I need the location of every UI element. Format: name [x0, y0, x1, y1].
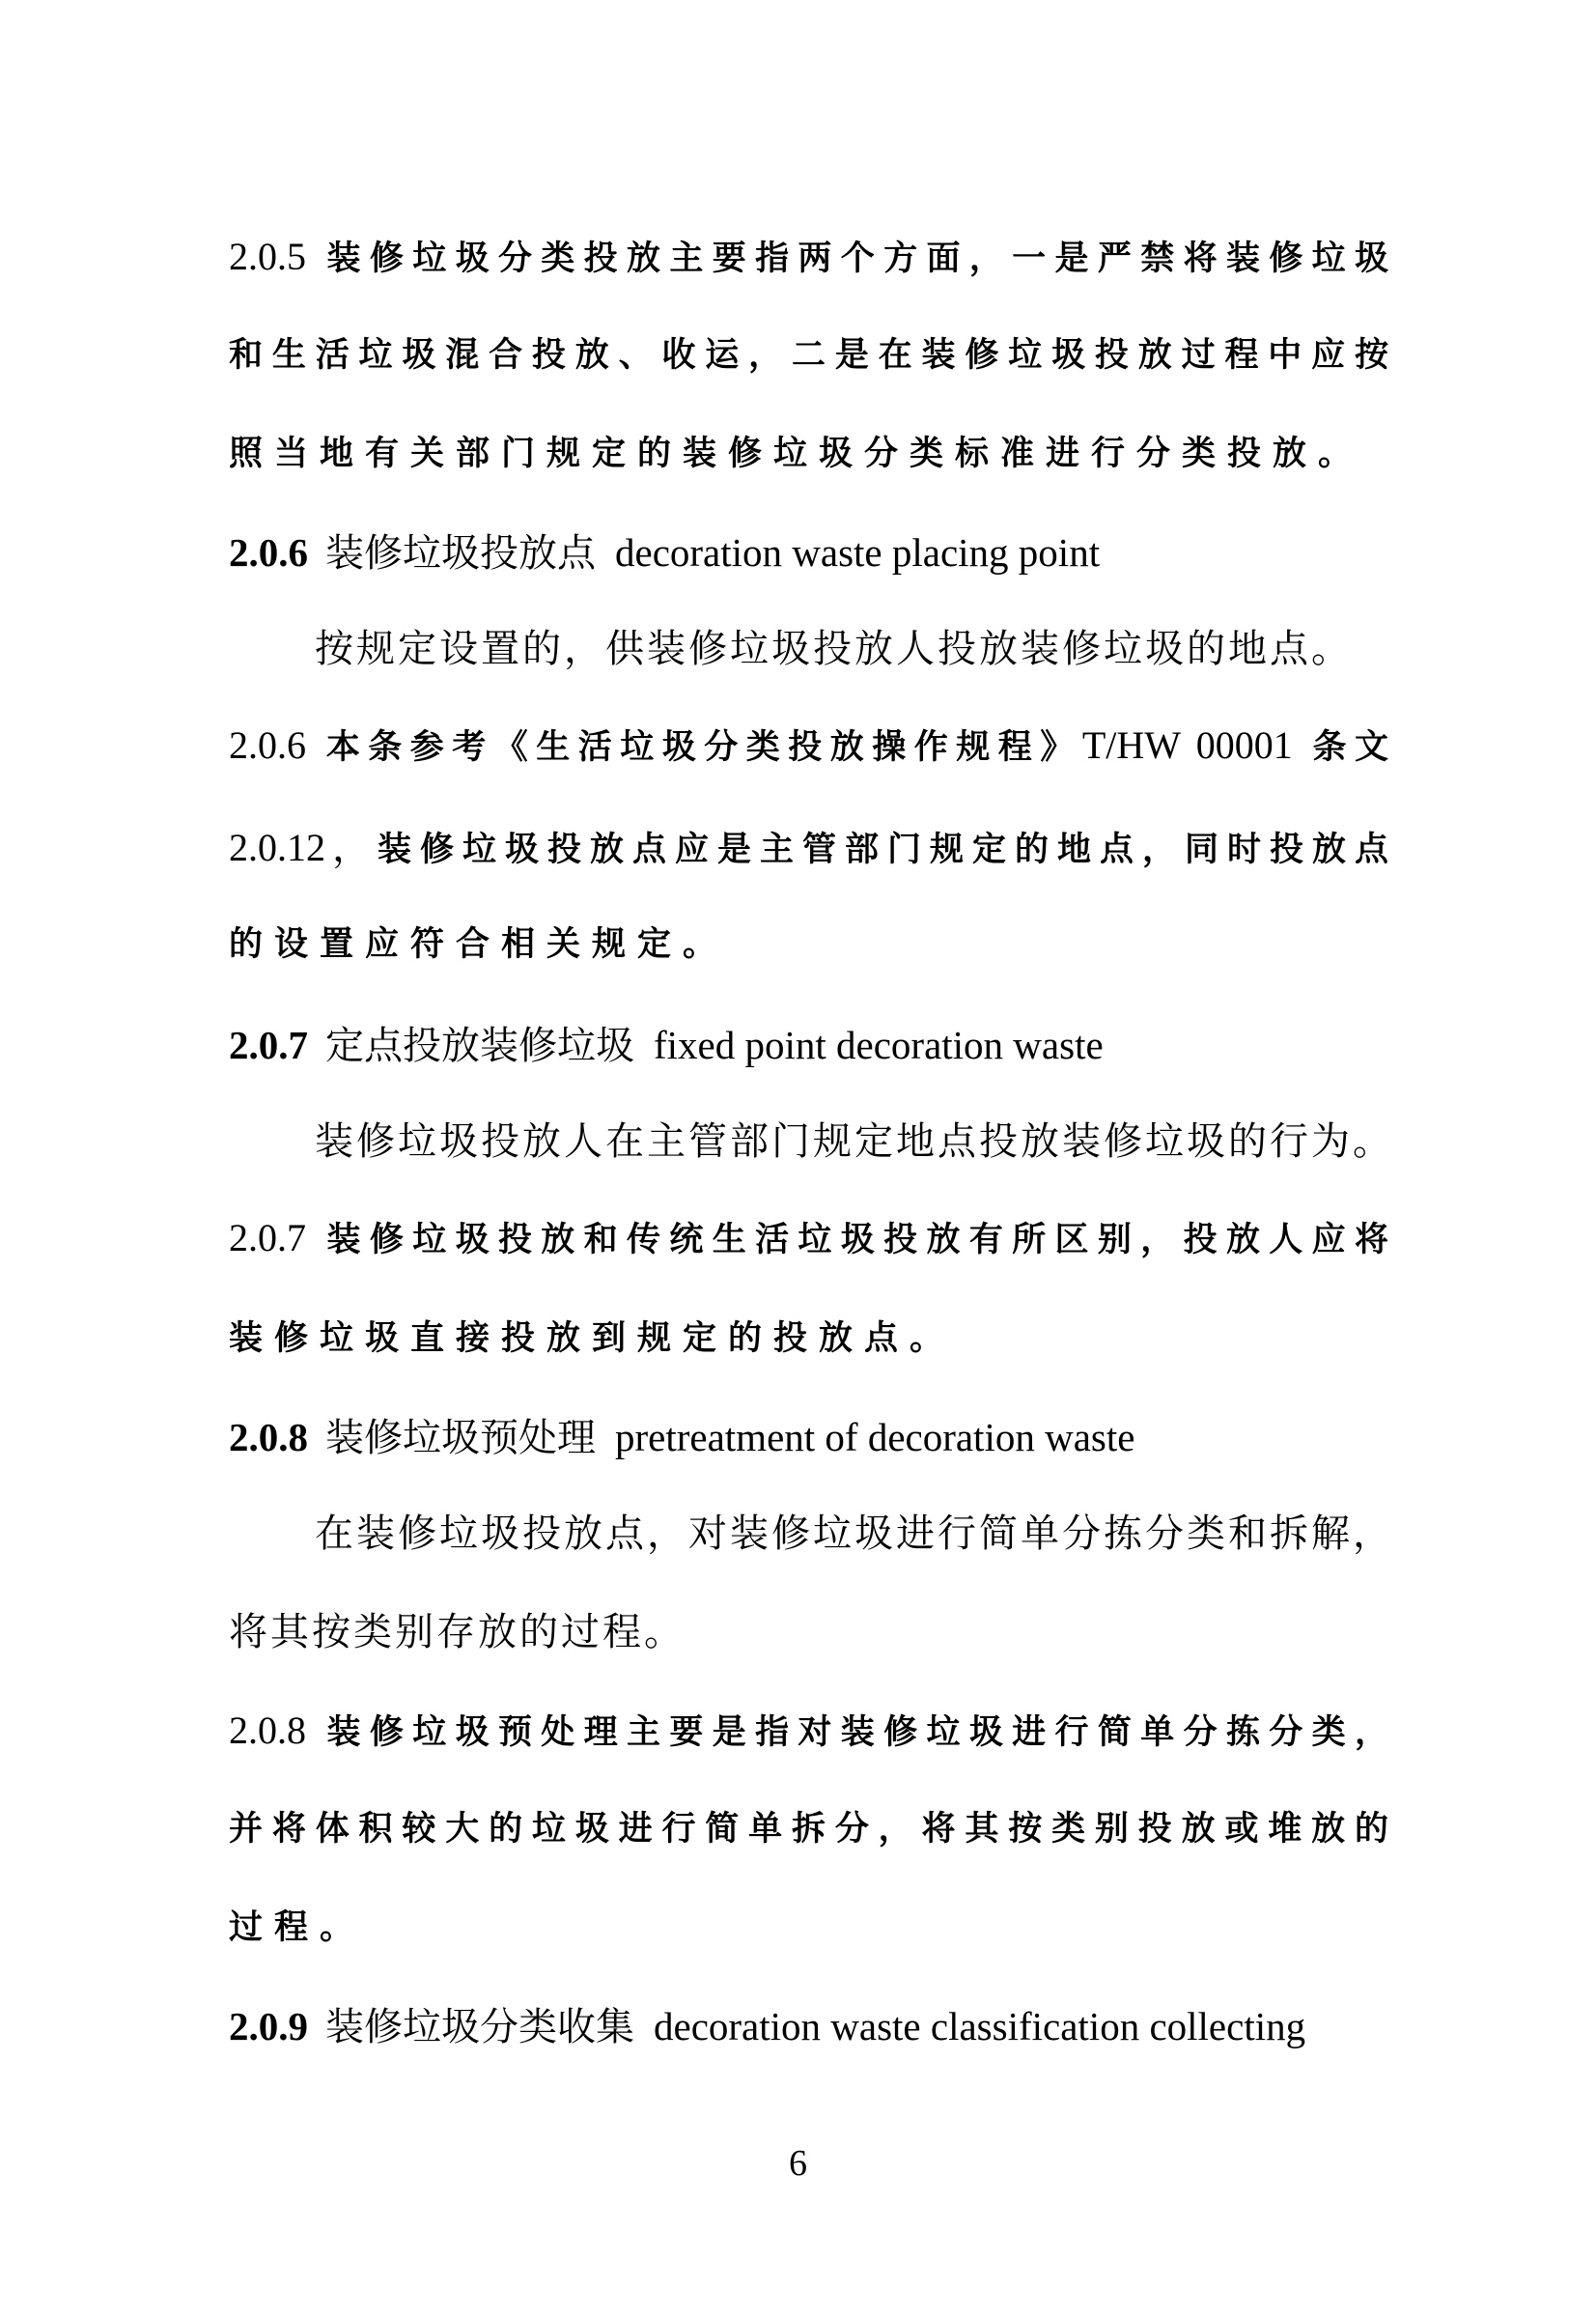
term-chinese: 装修垃圾预处理 — [325, 1416, 596, 1460]
commentary-text: 的设置应符合相关规定。 — [229, 924, 728, 964]
term-heading: 2.0.6装修垃圾投放点decoration waste placing poi… — [229, 533, 1390, 573]
term-heading: 2.0.7定点投放装修垃圾fixed point decoration wast… — [229, 1026, 1390, 1065]
definition-text: 在装修垃圾投放点，对装修垃圾进行简单分拣分类和拆解， — [315, 1511, 1394, 1556]
term-english: decoration waste classification collecti… — [654, 2004, 1305, 2048]
commentary-text: 装修垃圾直接投放到规定的投放点。 — [229, 1318, 955, 1358]
term-english: decoration waste placing point — [615, 530, 1100, 575]
term-chinese: 装修垃圾投放点 — [325, 531, 596, 576]
commentary-line: 装修垃圾直接投放到规定的投放点。 — [229, 1321, 1390, 1355]
commentary-line: 的设置应符合相关规定。 — [229, 927, 1390, 961]
commentary-text: 装修垃圾投放点应是主管部门规定的地点，同时投放点 — [378, 830, 1390, 869]
commentary-text: 本条参考《生活垃圾分类投放操作规程》 — [326, 727, 1082, 767]
document-page: 2.0.5 装修垃圾分类投放主要指两个方面，一是严禁将装修垃圾 和生活垃圾混合投… — [0, 0, 1596, 2316]
clause-number: 2.0.5 — [229, 235, 306, 278]
commentary-text: 照当地有关部门规定的装修垃圾分类标准进行分类投放。 — [229, 434, 1363, 473]
commentary-line: 2.0.5 装修垃圾分类投放主要指两个方面，一是严禁将装修垃圾 — [229, 238, 1390, 276]
commentary-line: 2.0.12，装修垃圾投放点应是主管部门规定的地点，同时投放点 — [229, 829, 1390, 867]
commentary-text: 和生活垃圾混合投放、收运，二是在装修垃圾投放过程中应按 — [229, 335, 1390, 375]
term-definition: 将其按类别存放的过程。 — [229, 1613, 1390, 1652]
clause-number: 2.0.6 — [229, 723, 306, 767]
commentary-line: 并将体积较大的垃圾进行简单拆分，将其按类别投放或堆放的 — [229, 1812, 1390, 1846]
page-number: 6 — [0, 2142, 1596, 2185]
term-number: 2.0.7 — [229, 1023, 308, 1067]
definition-text: 将其按类别存放的过程。 — [229, 1610, 686, 1654]
term-chinese: 装修垃圾分类收集 — [325, 2005, 634, 2049]
term-definition: 装修垃圾投放人在主管部门规定地点投放装修垃圾的行为。 — [315, 1122, 1390, 1161]
term-number: 2.0.6 — [229, 530, 308, 575]
commentary-line: 过程。 — [229, 1910, 1390, 1944]
commentary-text: 装修垃圾预处理主要是指对装修垃圾进行简单分拣分类， — [327, 1712, 1390, 1752]
term-heading: 2.0.8装修垃圾预处理pretreatment of decoration w… — [229, 1418, 1390, 1457]
term-heading: 2.0.9装修垃圾分类收集decoration waste classifica… — [229, 2007, 1390, 2047]
term-definition: 按规定设置的，供装修垃圾投放人投放装修垃圾的地点。 — [315, 630, 1390, 668]
term-english: pretreatment of decoration waste — [615, 1415, 1134, 1459]
standard-code: T/HW 00001 — [1082, 723, 1293, 767]
clause-number: 2.0.12， — [229, 826, 378, 869]
commentary-line: 照当地有关部门规定的装修垃圾分类标准进行分类投放。 — [229, 437, 1390, 470]
commentary-text: 条文 — [1313, 727, 1391, 767]
clause-number: 2.0.7 — [229, 1216, 306, 1259]
commentary-text: 并将体积较大的垃圾进行简单拆分，将其按类别投放或堆放的 — [229, 1809, 1390, 1849]
commentary-text: 装修垃圾投放和传统生活垃圾投放有所区别，投放人应将 — [327, 1220, 1390, 1259]
clause-number: 2.0.8 — [229, 1709, 306, 1752]
commentary-line: 2.0.8 装修垃圾预处理主要是指对装修垃圾进行简单分拣分类， — [229, 1711, 1390, 1750]
commentary-text: 过程。 — [229, 1907, 365, 1947]
commentary-line: 2.0.7 装修垃圾投放和传统生活垃圾投放有所区别，投放人应将 — [229, 1219, 1390, 1257]
commentary-line: 和生活垃圾混合投放、收运，二是在装修垃圾投放过程中应按 — [229, 338, 1390, 372]
term-number: 2.0.8 — [229, 1415, 308, 1459]
term-chinese: 定点投放装修垃圾 — [325, 1024, 634, 1068]
term-definition: 在装修垃圾投放点，对装修垃圾进行简单分拣分类和拆解， — [315, 1514, 1390, 1553]
term-english: fixed point decoration waste — [654, 1023, 1104, 1067]
commentary-line: 2.0.6 本条参考《生活垃圾分类投放操作规程》T/HW 00001 条文 — [229, 726, 1390, 765]
definition-text: 装修垃圾投放人在主管部门规定地点投放装修垃圾的行为。 — [315, 1119, 1394, 1164]
term-number: 2.0.9 — [229, 2004, 308, 2048]
commentary-text: 装修垃圾分类投放主要指两个方面，一是严禁将装修垃圾 — [327, 239, 1390, 278]
definition-text: 按规定设置的，供装修垃圾投放人投放装修垃圾的地点。 — [315, 627, 1353, 671]
